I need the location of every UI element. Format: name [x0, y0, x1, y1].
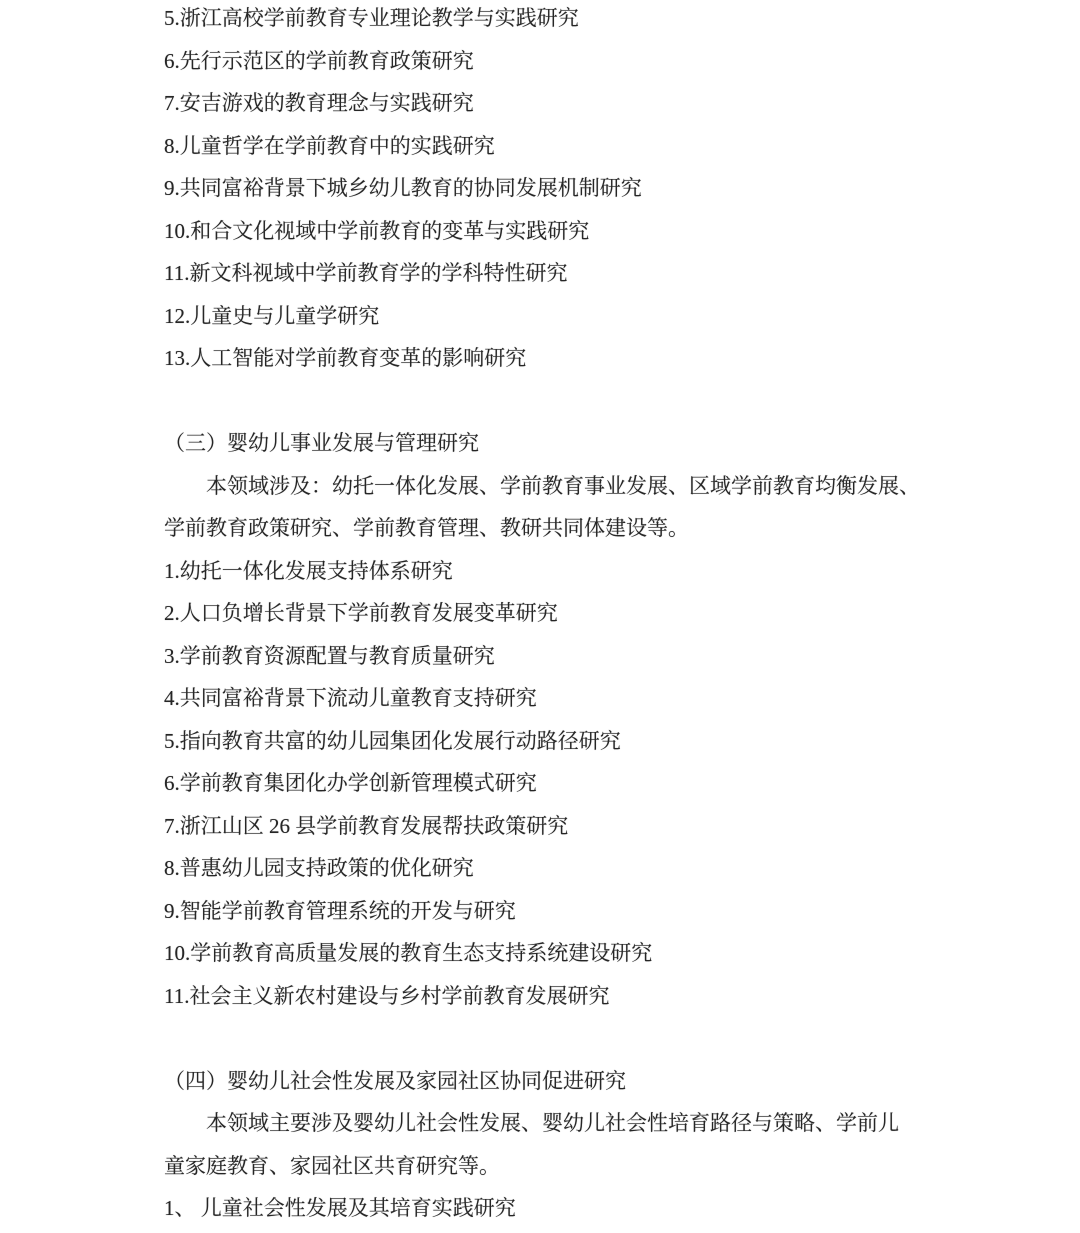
list-item: 12.儿童史与儿童学研究	[164, 295, 964, 338]
list-item: 8.普惠幼儿园支持政策的优化研究	[164, 847, 964, 890]
list-item: 13.人工智能对学前教育变革的影响研究	[164, 337, 964, 380]
list-item: 11.社会主义新农村建设与乡村学前教育发展研究	[164, 975, 964, 1018]
list-item: 7.浙江山区 26 县学前教育发展帮扶政策研究	[164, 805, 964, 848]
list-item: 9.共同富裕背景下城乡幼儿教育的协同发展机制研究	[164, 167, 964, 210]
section-three-heading: （三）婴幼儿事业发展与管理研究	[164, 422, 964, 465]
list-item: 10.和合文化视域中学前教育的变革与实践研究	[164, 210, 964, 253]
list-item: 7.安吉游戏的教育理念与实践研究	[164, 82, 964, 125]
blank-line	[164, 1017, 964, 1060]
section-four-heading: （四）婴幼儿社会性发展及家园社区协同促进研究	[164, 1060, 964, 1103]
list-item: 2.人口负增长背景下学前教育发展变革研究	[164, 592, 964, 635]
blank-line	[164, 380, 964, 423]
document-page: 5.浙江高校学前教育专业理论教学与实践研究 6.先行示范区的学前教育政策研究 7…	[164, 0, 964, 1230]
list-item: 8.儿童哲学在学前教育中的实践研究	[164, 125, 964, 168]
list-item: 11.新文科视域中学前教育学的学科特性研究	[164, 252, 964, 295]
section-four-intro-line: 童家庭教育、家园社区共育研究等。	[164, 1145, 964, 1188]
section-four-intro-line: 本领域主要涉及婴幼儿社会性发展、婴幼儿社会性培育路径与策略、学前儿	[164, 1102, 964, 1145]
list-item: 6.学前教育集团化办学创新管理模式研究	[164, 762, 964, 805]
section-three-intro-line: 本领域涉及：幼托一体化发展、学前教育事业发展、区域学前教育均衡发展、	[164, 465, 964, 508]
list-item: 4.共同富裕背景下流动儿童教育支持研究	[164, 677, 964, 720]
list-item: 10.学前教育高质量发展的教育生态支持系统建设研究	[164, 932, 964, 975]
list-item: 5.浙江高校学前教育专业理论教学与实践研究	[164, 0, 964, 40]
list-item: 1.幼托一体化发展支持体系研究	[164, 550, 964, 593]
list-item: 9.智能学前教育管理系统的开发与研究	[164, 890, 964, 933]
list-item: 3.学前教育资源配置与教育质量研究	[164, 635, 964, 678]
section-three-intro-line: 学前教育政策研究、学前教育管理、教研共同体建设等。	[164, 507, 964, 550]
list-item: 6.先行示范区的学前教育政策研究	[164, 40, 964, 83]
list-item: 5.指向教育共富的幼儿园集团化发展行动路径研究	[164, 720, 964, 763]
list-item: 1、 儿童社会性发展及其培育实践研究	[164, 1187, 964, 1230]
